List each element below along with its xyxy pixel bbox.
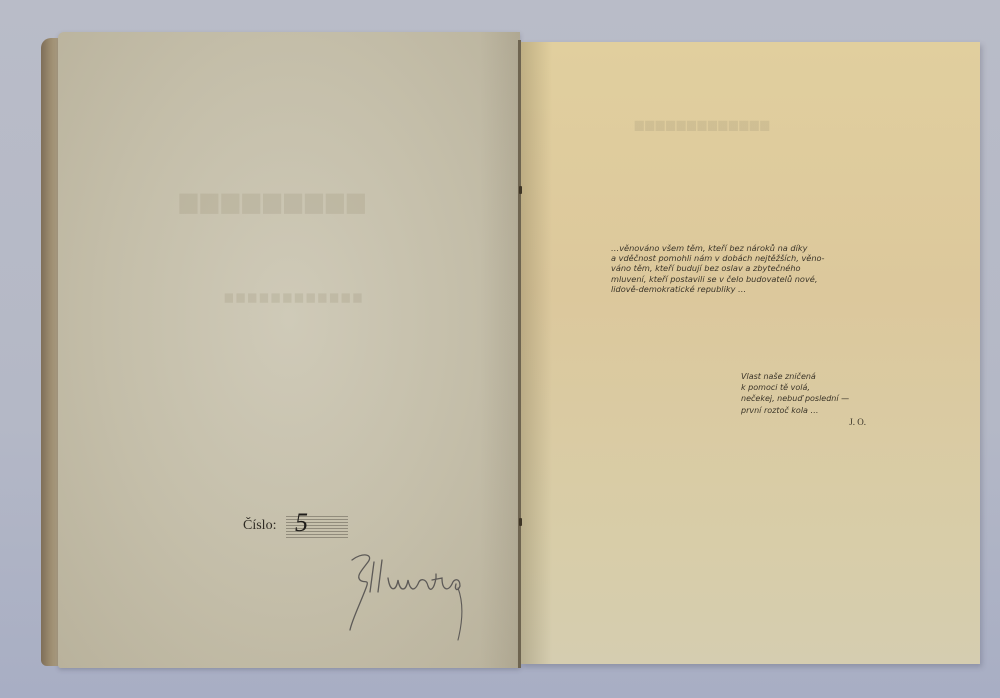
signature-icon <box>340 548 490 643</box>
staple-bottom <box>519 518 522 526</box>
dedication-line: a vděčnost pomohli nám v dobách nejtěžší… <box>611 253 856 263</box>
spine-fold <box>518 40 521 668</box>
dedication-line: …věnováno všem těm, kteří bez nároků na … <box>611 243 856 253</box>
open-booklet: ▆▆▆▆▆▆▆▆▆ ▆▆▆▆▆▆▆▆▆▆▆▆ ▆▆▆▆▆▆▆▆▆▆▆▆▆ Čís… <box>0 0 1000 698</box>
show-through-subtitle: ▆▆▆▆▆▆▆▆▆▆▆▆ <box>225 292 365 303</box>
dedication-text: …věnováno všem těm, kteří bez nároků na … <box>611 243 856 294</box>
show-through-heading: ▆▆▆▆▆▆▆▆▆▆▆▆▆ <box>635 118 771 131</box>
poem-line: Vlast naše zničená <box>741 371 866 382</box>
number-label: Číslo: <box>243 518 276 534</box>
show-through-title: ▆▆▆▆▆▆▆▆▆ <box>180 188 368 214</box>
poem-verse: Vlast naše zničená k pomoci tě volá, neč… <box>741 371 866 428</box>
dedication-line: mluvení, kteří postavili se v čelo budov… <box>611 274 856 284</box>
dedication-line: lidově-demokratické republiky … <box>611 284 856 294</box>
right-page <box>520 42 980 664</box>
poem-author-initials: J. O. <box>741 417 866 428</box>
poem-line: k pomoci tě volá, <box>741 382 866 393</box>
dedication-line: váno těm, kteří budují bez oslav a zbyte… <box>611 263 856 273</box>
poem-line: první roztoč kola … <box>741 405 866 416</box>
poem-line: nečekej, nebuď poslední — <box>741 393 866 404</box>
handwritten-number: 5 <box>295 508 308 538</box>
staple-top <box>519 186 522 194</box>
